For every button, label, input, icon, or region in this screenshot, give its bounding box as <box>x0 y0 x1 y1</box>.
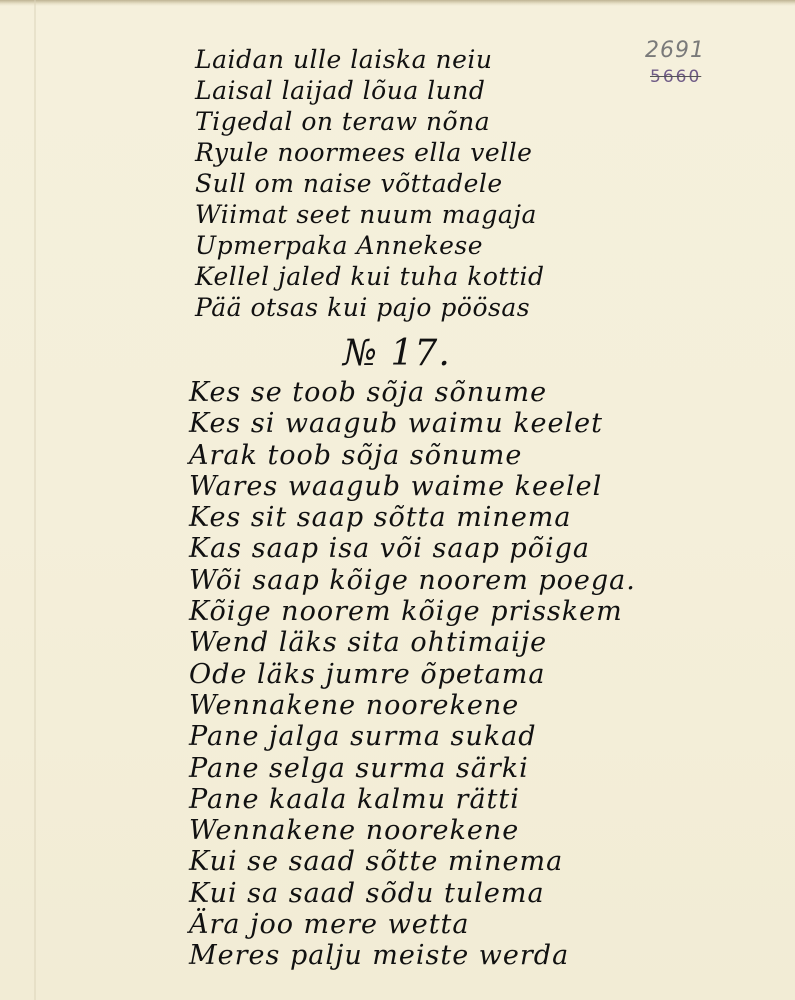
section-number-heading: № 17. <box>343 331 715 377</box>
verse-line: Wennakene noorekene <box>189 815 715 846</box>
verse-line: Kui se saad sõtte minema <box>189 846 715 877</box>
verse-line: Wiimat seet nuum magaja <box>195 199 715 230</box>
stanza-2: Kes se toob sõja sõnume Kes si waagub wa… <box>195 377 715 972</box>
verse-line: Wennakene noorekene <box>189 690 715 721</box>
verse-line: Kas saap isa või saap põiga <box>189 533 715 564</box>
verse-line: Kõige noorem kõige prisskem <box>189 596 715 627</box>
verse-line: Pää otsas kui pajo pöösas <box>195 292 715 323</box>
stanza-1: Laidan ulle laiska neiu Laisal laijad lõ… <box>195 44 715 323</box>
verse-line: Upmerpaka Annekese <box>195 230 715 261</box>
verse-line: Ära joo mere wetta <box>189 909 715 940</box>
verse-line: Wõi saap kõige noorem poega. <box>189 565 715 596</box>
verse-line: Kui sa saad sõdu tulema <box>189 878 715 909</box>
manuscript-page: 2691 5660 Laidan ulle laiska neiu Laisal… <box>0 0 795 1000</box>
verse-line: Wares waagub waime keelel <box>189 471 715 502</box>
verse-line: Kes sit saap sõtta minema <box>189 502 715 533</box>
verse-line: Wend läks sita ohtimaije <box>189 627 715 658</box>
verse-line: Tigedal on teraw nõna <box>195 106 715 137</box>
verse-line: Kes se toob sõja sõnume <box>189 377 715 408</box>
page-top-edge <box>0 0 795 6</box>
verse-line: Laisal laijad lõua lund <box>195 75 715 106</box>
verse-line: Sull om naise võttadele <box>195 168 715 199</box>
verse-line: Pane jalga surma sukad <box>189 721 715 752</box>
page-fold-line <box>34 0 36 1000</box>
verse-line: Kellel jaled kui tuha kottid <box>195 261 715 292</box>
manuscript-text: Laidan ulle laiska neiu Laisal laijad lõ… <box>195 44 715 972</box>
verse-line: Pane kaala kalmu rätti <box>189 784 715 815</box>
verse-line: Ode läks jumre õpetama <box>189 659 715 690</box>
verse-line: Arak toob sõja sõnume <box>189 440 715 471</box>
verse-line: Meres palju meiste werda <box>189 940 715 971</box>
verse-line: Ryule noormees ella velle <box>195 137 715 168</box>
verse-line: Laidan ulle laiska neiu <box>195 44 715 75</box>
verse-line: Kes si waagub waimu keelet <box>189 408 715 439</box>
verse-line: Pane selga surma särki <box>189 753 715 784</box>
